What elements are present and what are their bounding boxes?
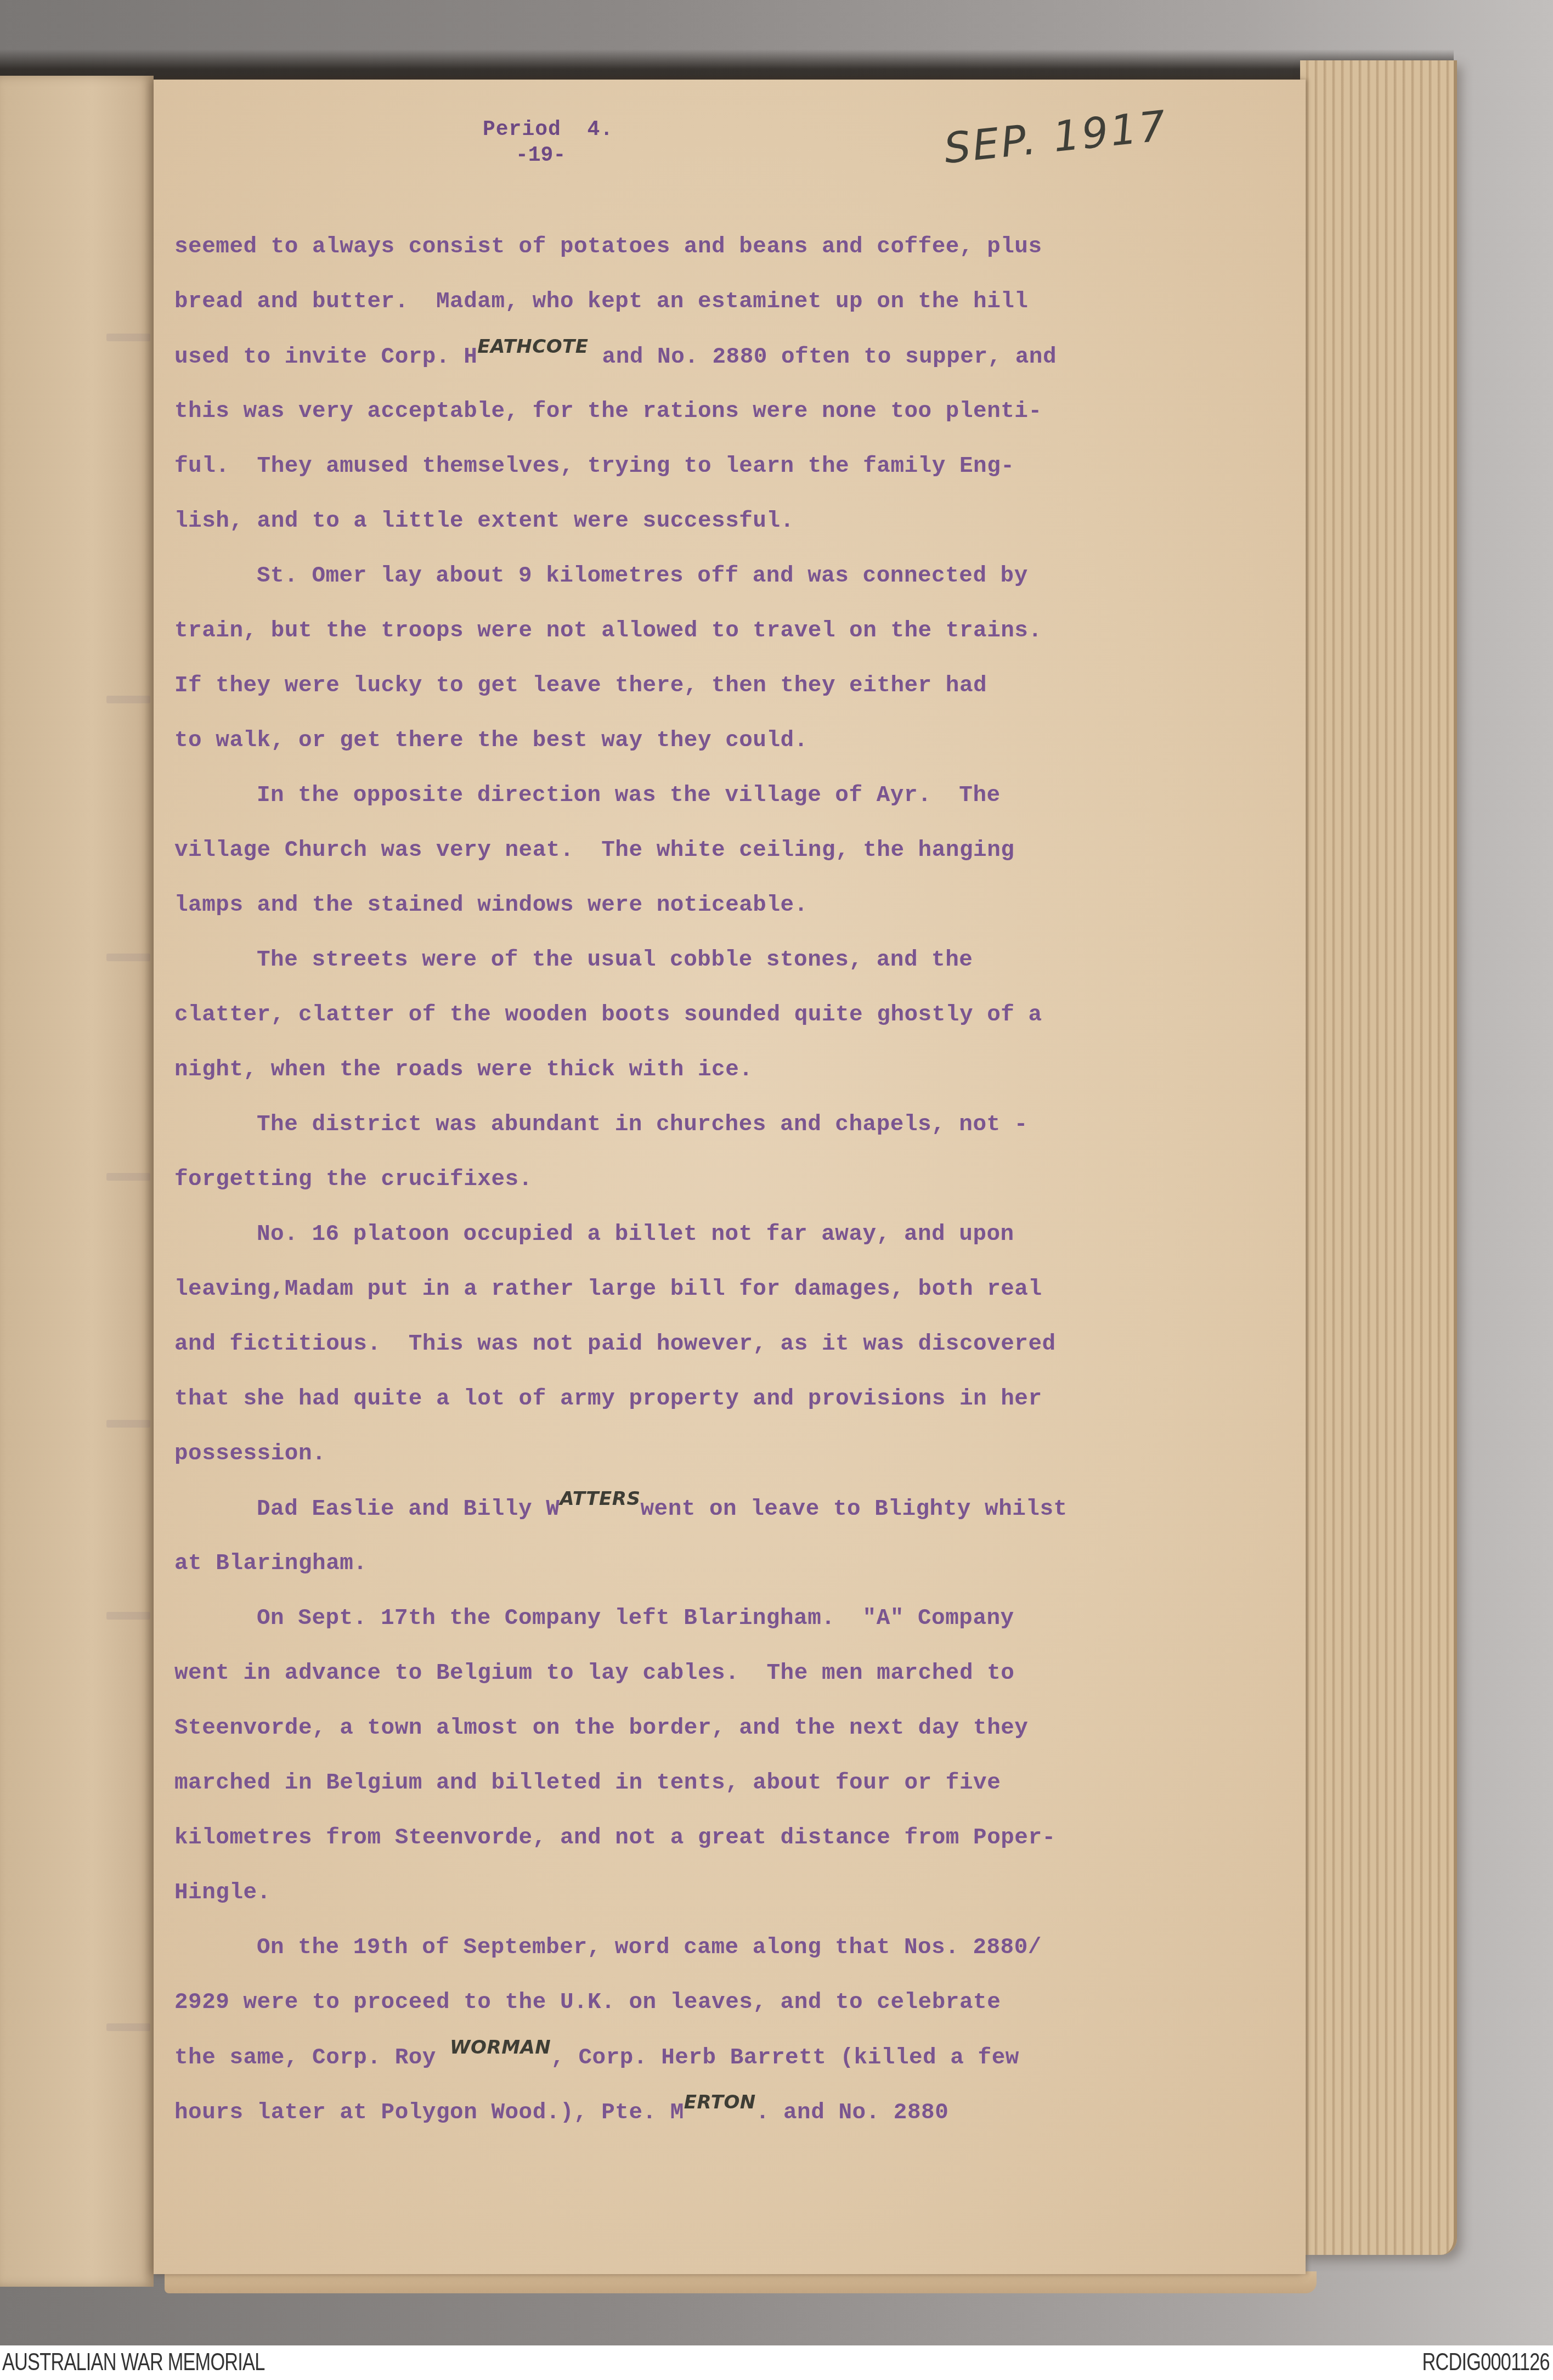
text-line: seemed to always consist of potatoes and… [174,219,1272,274]
text-line: lamps and the stained windows were notic… [174,878,1272,933]
text-line: the same, Corp. Roy WORMAN, Corp. Herb B… [174,2030,1272,2085]
line-text: went in advance to Belgium to lay cables… [174,1661,1014,1686]
line-text-continued: and No. 2880 often to supper, and [589,345,1057,370]
text-line: clatter, clatter of the wooden boots sou… [174,988,1272,1042]
line-text: clatter, clatter of the wooden boots sou… [174,1002,1042,1028]
text-line: went in advance to Belgium to lay cables… [174,1646,1272,1701]
handwritten-annotation: ATTERS [560,1488,640,1510]
line-text: marched in Belgium and billeted in tents… [174,1770,1001,1796]
line-text: St. Omer lay about 9 kilometres off and … [257,563,1028,589]
line-text: village Church was very neat. The white … [174,838,1014,863]
handwritten-annotation: ERTON [684,2091,756,2113]
book-top-edge-shadow [0,49,1454,82]
line-text: On the 19th of September, word came alon… [257,1935,1042,1960]
text-line: possession. [174,1426,1272,1481]
left-page [0,76,154,2287]
line-text: possession. [174,1441,326,1467]
line-text: In the opposite direction was the villag… [257,783,1001,808]
line-text: seemed to always consist of potatoes and… [174,234,1042,260]
handwritten-annotation: EATHCOTE [477,336,588,358]
text-line: train, but the troops were not allowed t… [174,604,1272,658]
line-text: bread and butter. Madam, who kept an est… [174,289,1028,314]
text-line: used to invite Corp. HEATHCOTE and No. 2… [174,329,1272,384]
line-text: forgetting the crucifixes. [174,1167,533,1192]
text-line: Hingle. [174,1865,1272,1920]
line-text: leaving,Madam put in a rather large bill… [174,1277,1042,1302]
text-line: The streets were of the usual cobble sto… [174,933,1272,988]
text-line: 2929 were to proceed to the U.K. on leav… [174,1975,1272,2030]
text-line: Steenvorde, a town almost on the border,… [174,1701,1272,1756]
line-text: If they were lucky to get leave there, t… [174,673,987,698]
period-heading: Period 4. [483,118,613,142]
line-text: kilometres from Steenvorde, and not a gr… [174,1825,1056,1851]
line-text: night, when the roads were thick with ic… [174,1057,753,1082]
text-line: that she had quite a lot of army propert… [174,1372,1272,1426]
line-text-continued: . and No. 2880 [756,2100,948,2125]
text-line: In the opposite direction was the villag… [174,768,1272,823]
text-line: to walk, or get there the best way they … [174,713,1272,768]
line-text: the same, Corp. Roy [174,2045,450,2071]
line-text-continued: went on leave to Blighty whilst [640,1497,1067,1522]
line-text: Dad Easlie and Billy W [257,1497,560,1522]
text-line: night, when the roads were thick with ic… [174,1042,1272,1097]
item-id-label: RCDIG0001126 [1422,2349,1550,2376]
line-text: to walk, or get there the best way they … [174,728,808,753]
text-line: bread and butter. Madam, who kept an est… [174,274,1272,329]
text-line: On Sept. 17th the Company left Blaringha… [174,1591,1272,1646]
line-text: No. 16 platoon occupied a billet not far… [257,1222,1014,1247]
line-text: hours later at Polygon Wood.), Pte. M [174,2100,684,2125]
handwritten-annotation: WORMAN [450,2037,551,2058]
page-stack-edge [1300,60,1457,2255]
line-text: lamps and the stained windows were notic… [174,893,808,918]
typed-text-body: seemed to always consist of potatoes and… [174,219,1272,2140]
footer-bar: AUSTRALIAN WAR MEMORIAL RCDIG0001126 [0,2345,1553,2380]
line-text: The streets were of the usual cobble sto… [257,948,973,973]
text-line: St. Omer lay about 9 kilometres off and … [174,549,1272,604]
text-line: ful. They amused themselves, trying to l… [174,439,1272,494]
line-text: train, but the troops were not allowed t… [174,618,1042,644]
text-line: lish, and to a little extent were succes… [174,494,1272,549]
text-line: No. 16 platoon occupied a billet not far… [174,1207,1272,1262]
text-line: kilometres from Steenvorde, and not a gr… [174,1811,1272,1865]
text-line: and fictitious. This was not paid howeve… [174,1317,1272,1372]
line-text: used to invite Corp. H [174,345,477,370]
text-line: On the 19th of September, word came alon… [174,1920,1272,1975]
line-text: 2929 were to proceed to the U.K. on leav… [174,1990,1001,2015]
line-text: this was very acceptable, for the ration… [174,399,1042,424]
line-text: Hingle. [174,1880,271,1905]
page-number: -19- [516,144,566,167]
line-text: and fictitious. This was not paid howeve… [174,1332,1056,1357]
line-text-continued: , Corp. Herb Barrett (killed a few [551,2045,1019,2071]
text-line: The district was abundant in churches an… [174,1097,1272,1152]
page-bottom-edge [165,2271,1317,2293]
line-text: The district was abundant in churches an… [257,1112,1028,1137]
institution-label: AUSTRALIAN WAR MEMORIAL [2,2349,264,2376]
text-line: marched in Belgium and billeted in tents… [174,1756,1272,1811]
line-text: lish, and to a little extent were succes… [174,509,794,534]
line-text: at Blaringham. [174,1551,367,1576]
scanned-book-photo: Period 4. -19- SEP. 1917 seemed to alway… [0,0,1553,2345]
text-line: village Church was very neat. The white … [174,823,1272,878]
text-line: Dad Easlie and Billy WATTERSwent on leav… [174,1481,1272,1536]
text-line: If they were lucky to get leave there, t… [174,658,1272,713]
text-line: hours later at Polygon Wood.), Pte. MERT… [174,2085,1272,2140]
line-text: that she had quite a lot of army propert… [174,1386,1042,1412]
line-text: Steenvorde, a town almost on the border,… [174,1716,1028,1741]
text-line: at Blaringham. [174,1536,1272,1591]
text-line: this was very acceptable, for the ration… [174,384,1272,439]
text-line: forgetting the crucifixes. [174,1152,1272,1207]
line-text: ful. They amused themselves, trying to l… [174,454,1014,479]
text-line: leaving,Madam put in a rather large bill… [174,1262,1272,1317]
line-text: On Sept. 17th the Company left Blaringha… [257,1606,1014,1631]
